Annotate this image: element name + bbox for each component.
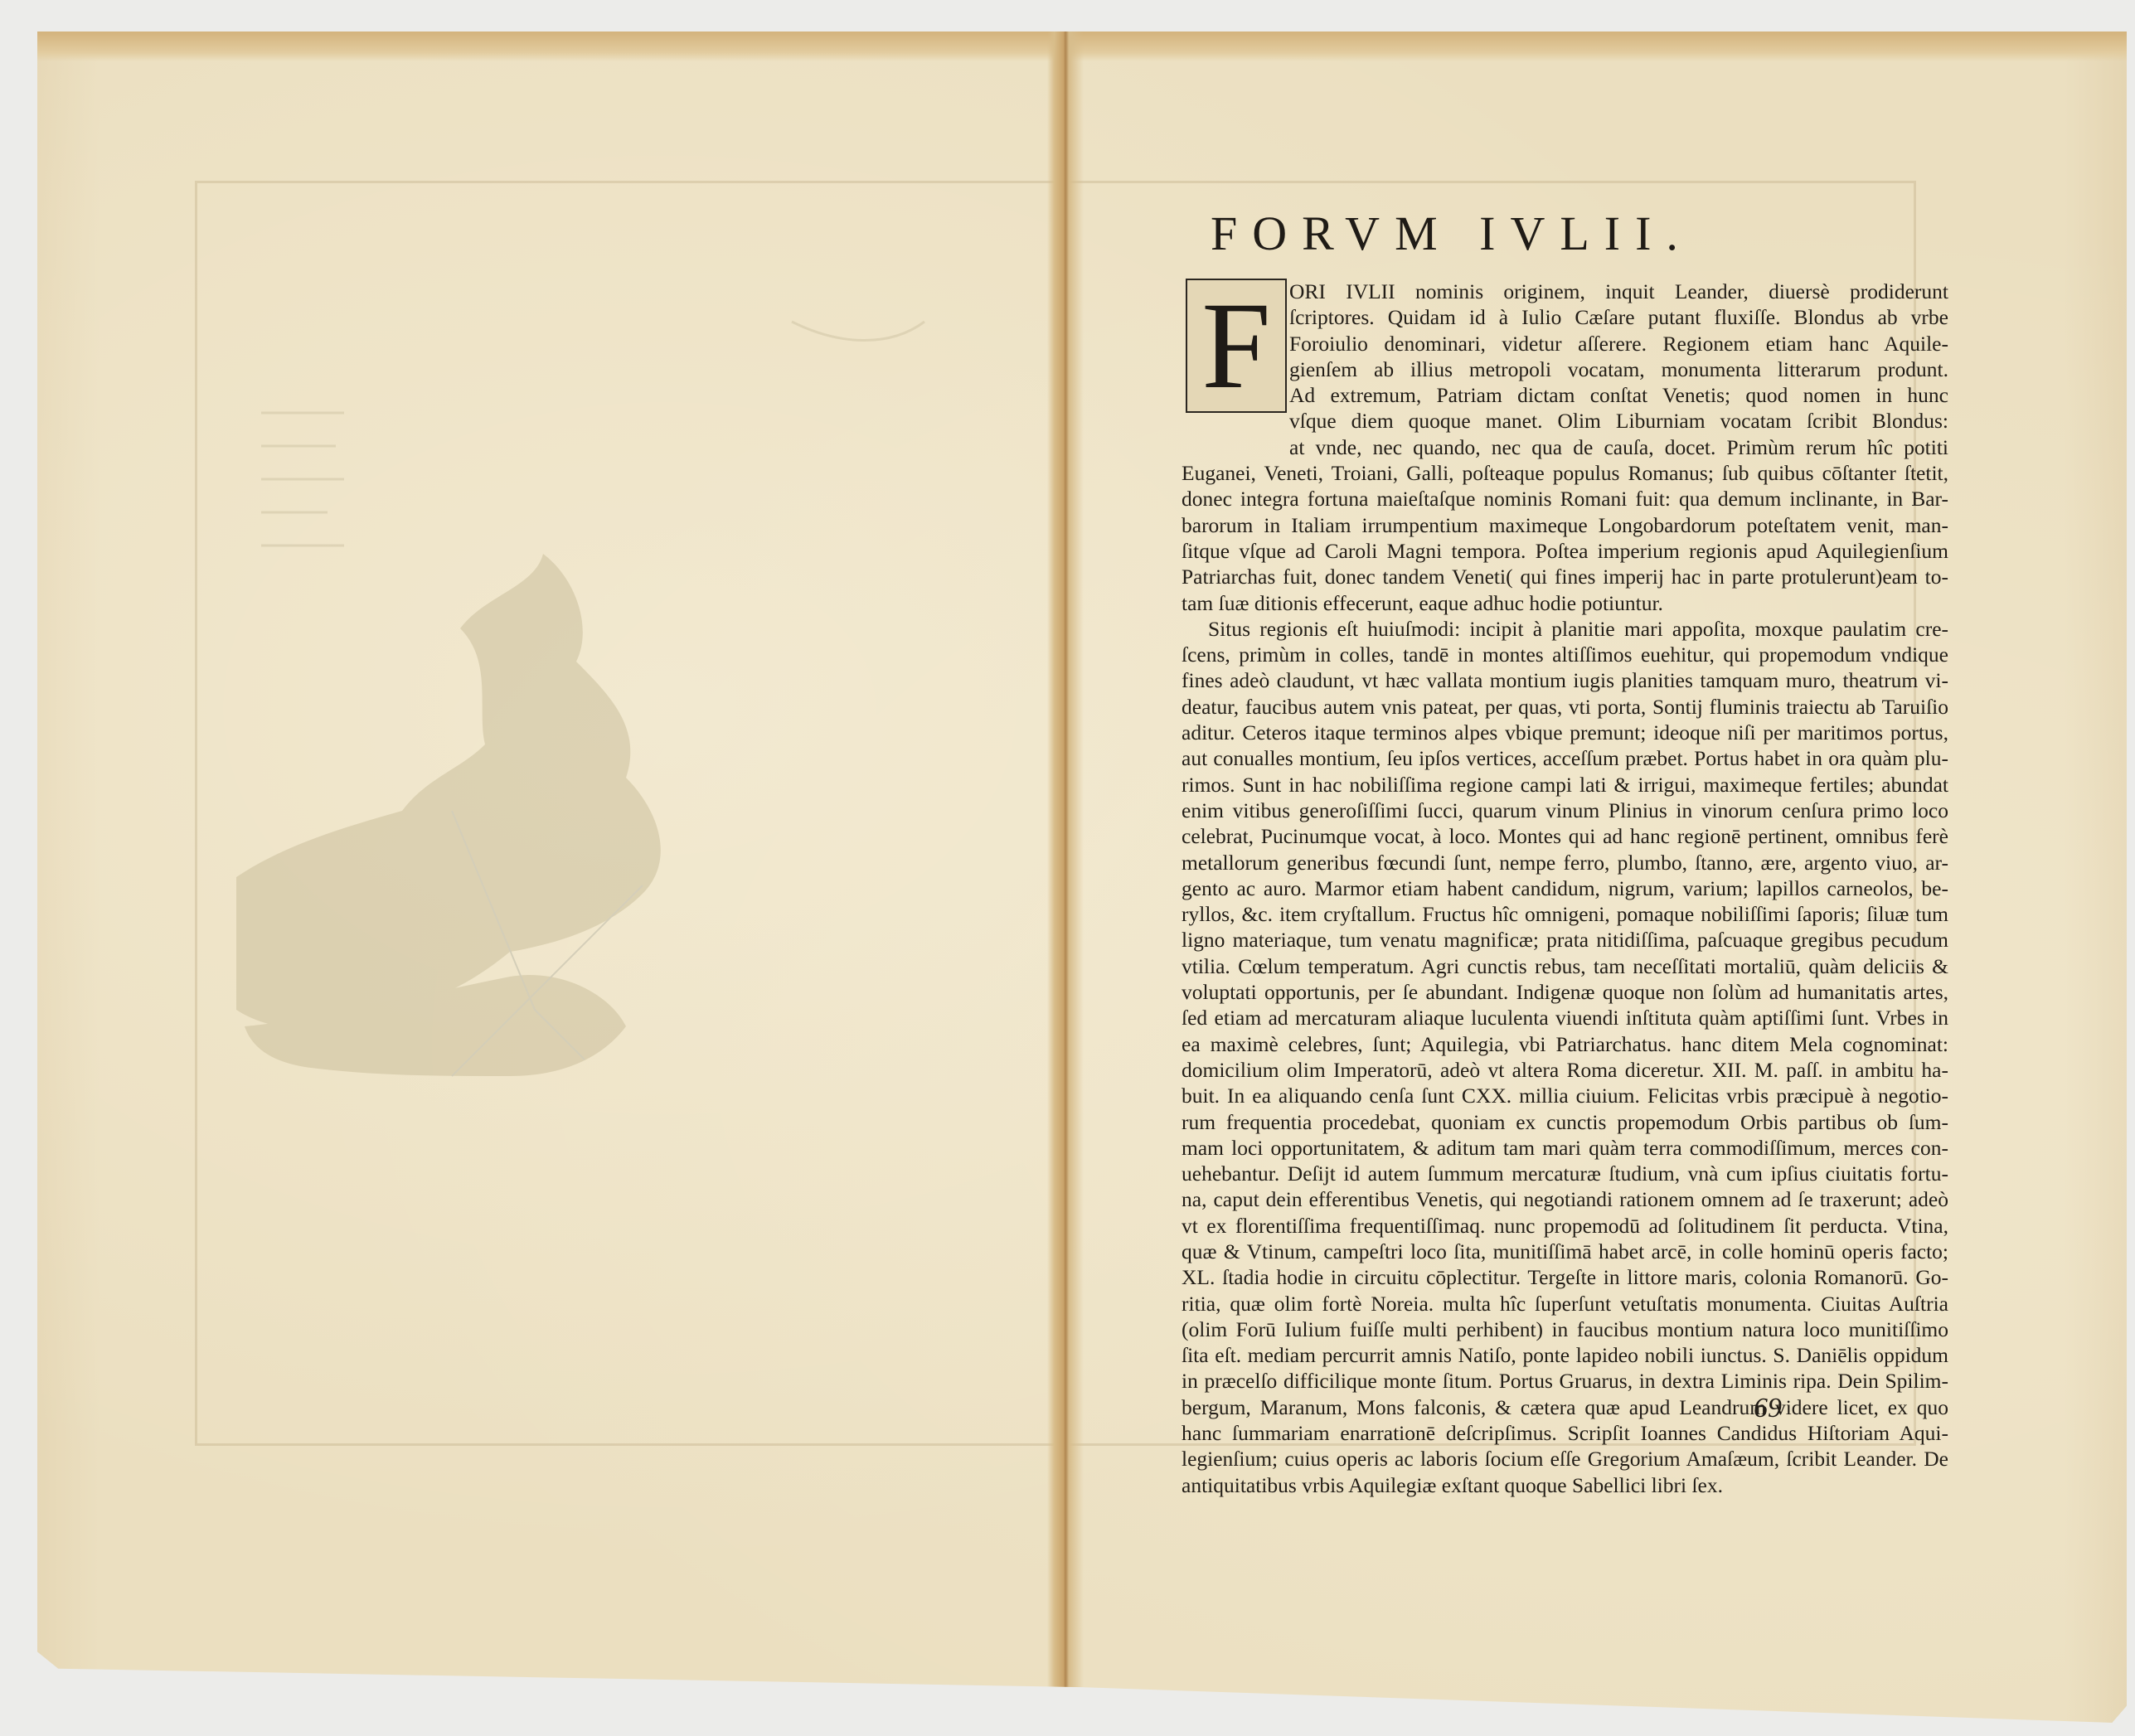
text-line: ea maximè celebres, ſunt; Aquilegia, vbi… bbox=[1182, 1031, 1948, 1057]
text-line: bergum, Maranum, Mons falconis, & cætera… bbox=[1182, 1394, 1948, 1420]
text-line: legienſium; cuius operis ac laboris ſoci… bbox=[1182, 1446, 1948, 1472]
text-line: rum frequentia procedebat, quoniam ex cu… bbox=[1182, 1109, 1948, 1135]
text-line: enim vitibus generoſiſſimi ſucci, quarum… bbox=[1182, 798, 1948, 823]
text-line: ryllos, &c. item cryſtallum. Fructus hîc… bbox=[1182, 901, 1948, 927]
text-line: fines adeò claudunt, vt hæc vallata mont… bbox=[1182, 667, 1948, 693]
text-line: Ad extremum, Patriam dictam conſtat Vene… bbox=[1182, 382, 1948, 408]
text-line: voluptati opportunis, per ſe abundant. I… bbox=[1182, 979, 1948, 1005]
text-line: barorum in Italiam irrumpentium maximequ… bbox=[1182, 512, 1948, 538]
text-line: (olim Forū Iulium fuiſſe multi perhibent… bbox=[1182, 1317, 1948, 1342]
atlas-sheet: FORVM IVLII. F ORI IVLII nominis origine… bbox=[37, 32, 2127, 1723]
text-line: at vnde, nec quando, nec qua de cauſa, d… bbox=[1182, 434, 1948, 460]
show-through-map bbox=[211, 197, 1041, 1416]
text-page: FORVM IVLII. F ORI IVLII nominis origine… bbox=[1119, 181, 1948, 1441]
text-line: vſque diem quoque manet. Olim Liburniam … bbox=[1182, 408, 1948, 434]
text-line: ſcriptores. Quidam id à Iulio Cæſare put… bbox=[1182, 304, 1948, 330]
text-line: metallorum generibus fœcundi ſunt, nempe… bbox=[1182, 850, 1948, 875]
text-line: celebrat, Pucinumque vocat, à loco. Mont… bbox=[1182, 823, 1948, 849]
text-line: vtilia. Cœlum temperatum. Agri cunctis r… bbox=[1182, 953, 1948, 979]
text-line: ſita eſt. mediam percurrit amnis Natiſo,… bbox=[1182, 1342, 1948, 1368]
text-line: ſitque vſque ad Caroli Magni tempora. Po… bbox=[1182, 538, 1948, 564]
text-line: aut conualles montium, ſeu ipſos vertice… bbox=[1182, 745, 1948, 771]
page-title: FORVM IVLII. bbox=[1177, 206, 1957, 261]
text-line: ligno materiaque, tum venatu magnificæ; … bbox=[1182, 927, 1948, 953]
text-line: Euganei, Veneti, Troiani, Galli, poſteaq… bbox=[1182, 460, 1948, 486]
text-line: Foroiulio denominari, videtur aſſerere. … bbox=[1182, 331, 1948, 356]
text-line: Patriarchas fuit, donec tandem Veneti( q… bbox=[1182, 564, 1948, 589]
text-line: gienſem ab illius metropoli vocatam, mon… bbox=[1182, 356, 1948, 382]
text-line: buit. In ea aliquando cenſa ſunt CXX. mi… bbox=[1182, 1083, 1948, 1108]
page-number: 69 bbox=[1754, 1393, 1782, 1424]
text-line: na, caput dein efferentibus Venetis, qui… bbox=[1182, 1186, 1948, 1212]
text-line: aditur. Ceteros itaque terminos alpes vb… bbox=[1182, 720, 1948, 745]
text-line: ſed etiam ad mercaturam aliaque luculent… bbox=[1182, 1005, 1948, 1030]
text-line: tam ſuæ ditionis effecerunt, eaque adhuc… bbox=[1182, 590, 1948, 616]
text-line: hanc ſummariam enarrationē deſcripſimus.… bbox=[1182, 1420, 1948, 1446]
text-line: ORI IVLII nominis originem, inquit Leand… bbox=[1182, 279, 1948, 304]
text-line: uehebantur. Deſijt id autem ſummum merca… bbox=[1182, 1161, 1948, 1186]
text-line: ſcens, primùm in colles, tandē in montes… bbox=[1182, 642, 1948, 667]
text-line: rimos. Sunt in hac nobiliſſima regione c… bbox=[1182, 772, 1948, 798]
text-line: Situs regionis eſt huiuſmodi: incipit à … bbox=[1182, 616, 1948, 642]
body-text: ORI IVLII nominis originem, inquit Leand… bbox=[1182, 279, 1948, 1498]
text-line: mam loci opportunitatem, & aditum tam ma… bbox=[1182, 1135, 1948, 1161]
text-line: quæ & Vtinum, campeſtri loco ſita, munit… bbox=[1182, 1239, 1948, 1264]
text-line: donec integra fortuna maieſtaſque nomini… bbox=[1182, 486, 1948, 512]
text-line: gento ac auro. Marmor etiam habent candi… bbox=[1182, 875, 1948, 901]
text-line: antiquitatibus vrbis Aquilegiæ exſtant q… bbox=[1182, 1472, 1948, 1498]
text-line: XL. ſtadia hodie in circuitu cōplectitur… bbox=[1182, 1264, 1948, 1290]
text-line: vt ex florentiſſima frequentiſſimaq. nun… bbox=[1182, 1213, 1948, 1239]
center-fold-spine bbox=[1047, 32, 1084, 1723]
text-line: ritia, quæ olim fortè Noreia. multa hîc … bbox=[1182, 1291, 1948, 1317]
text-line: domicilium olim Imperatorū, adeò vt alte… bbox=[1182, 1057, 1948, 1083]
text-line: in præcelſo difficilique monte ſitum. Po… bbox=[1182, 1368, 1948, 1394]
text-line: deatur, faucibus autem vnis pateat, per … bbox=[1182, 694, 1948, 720]
